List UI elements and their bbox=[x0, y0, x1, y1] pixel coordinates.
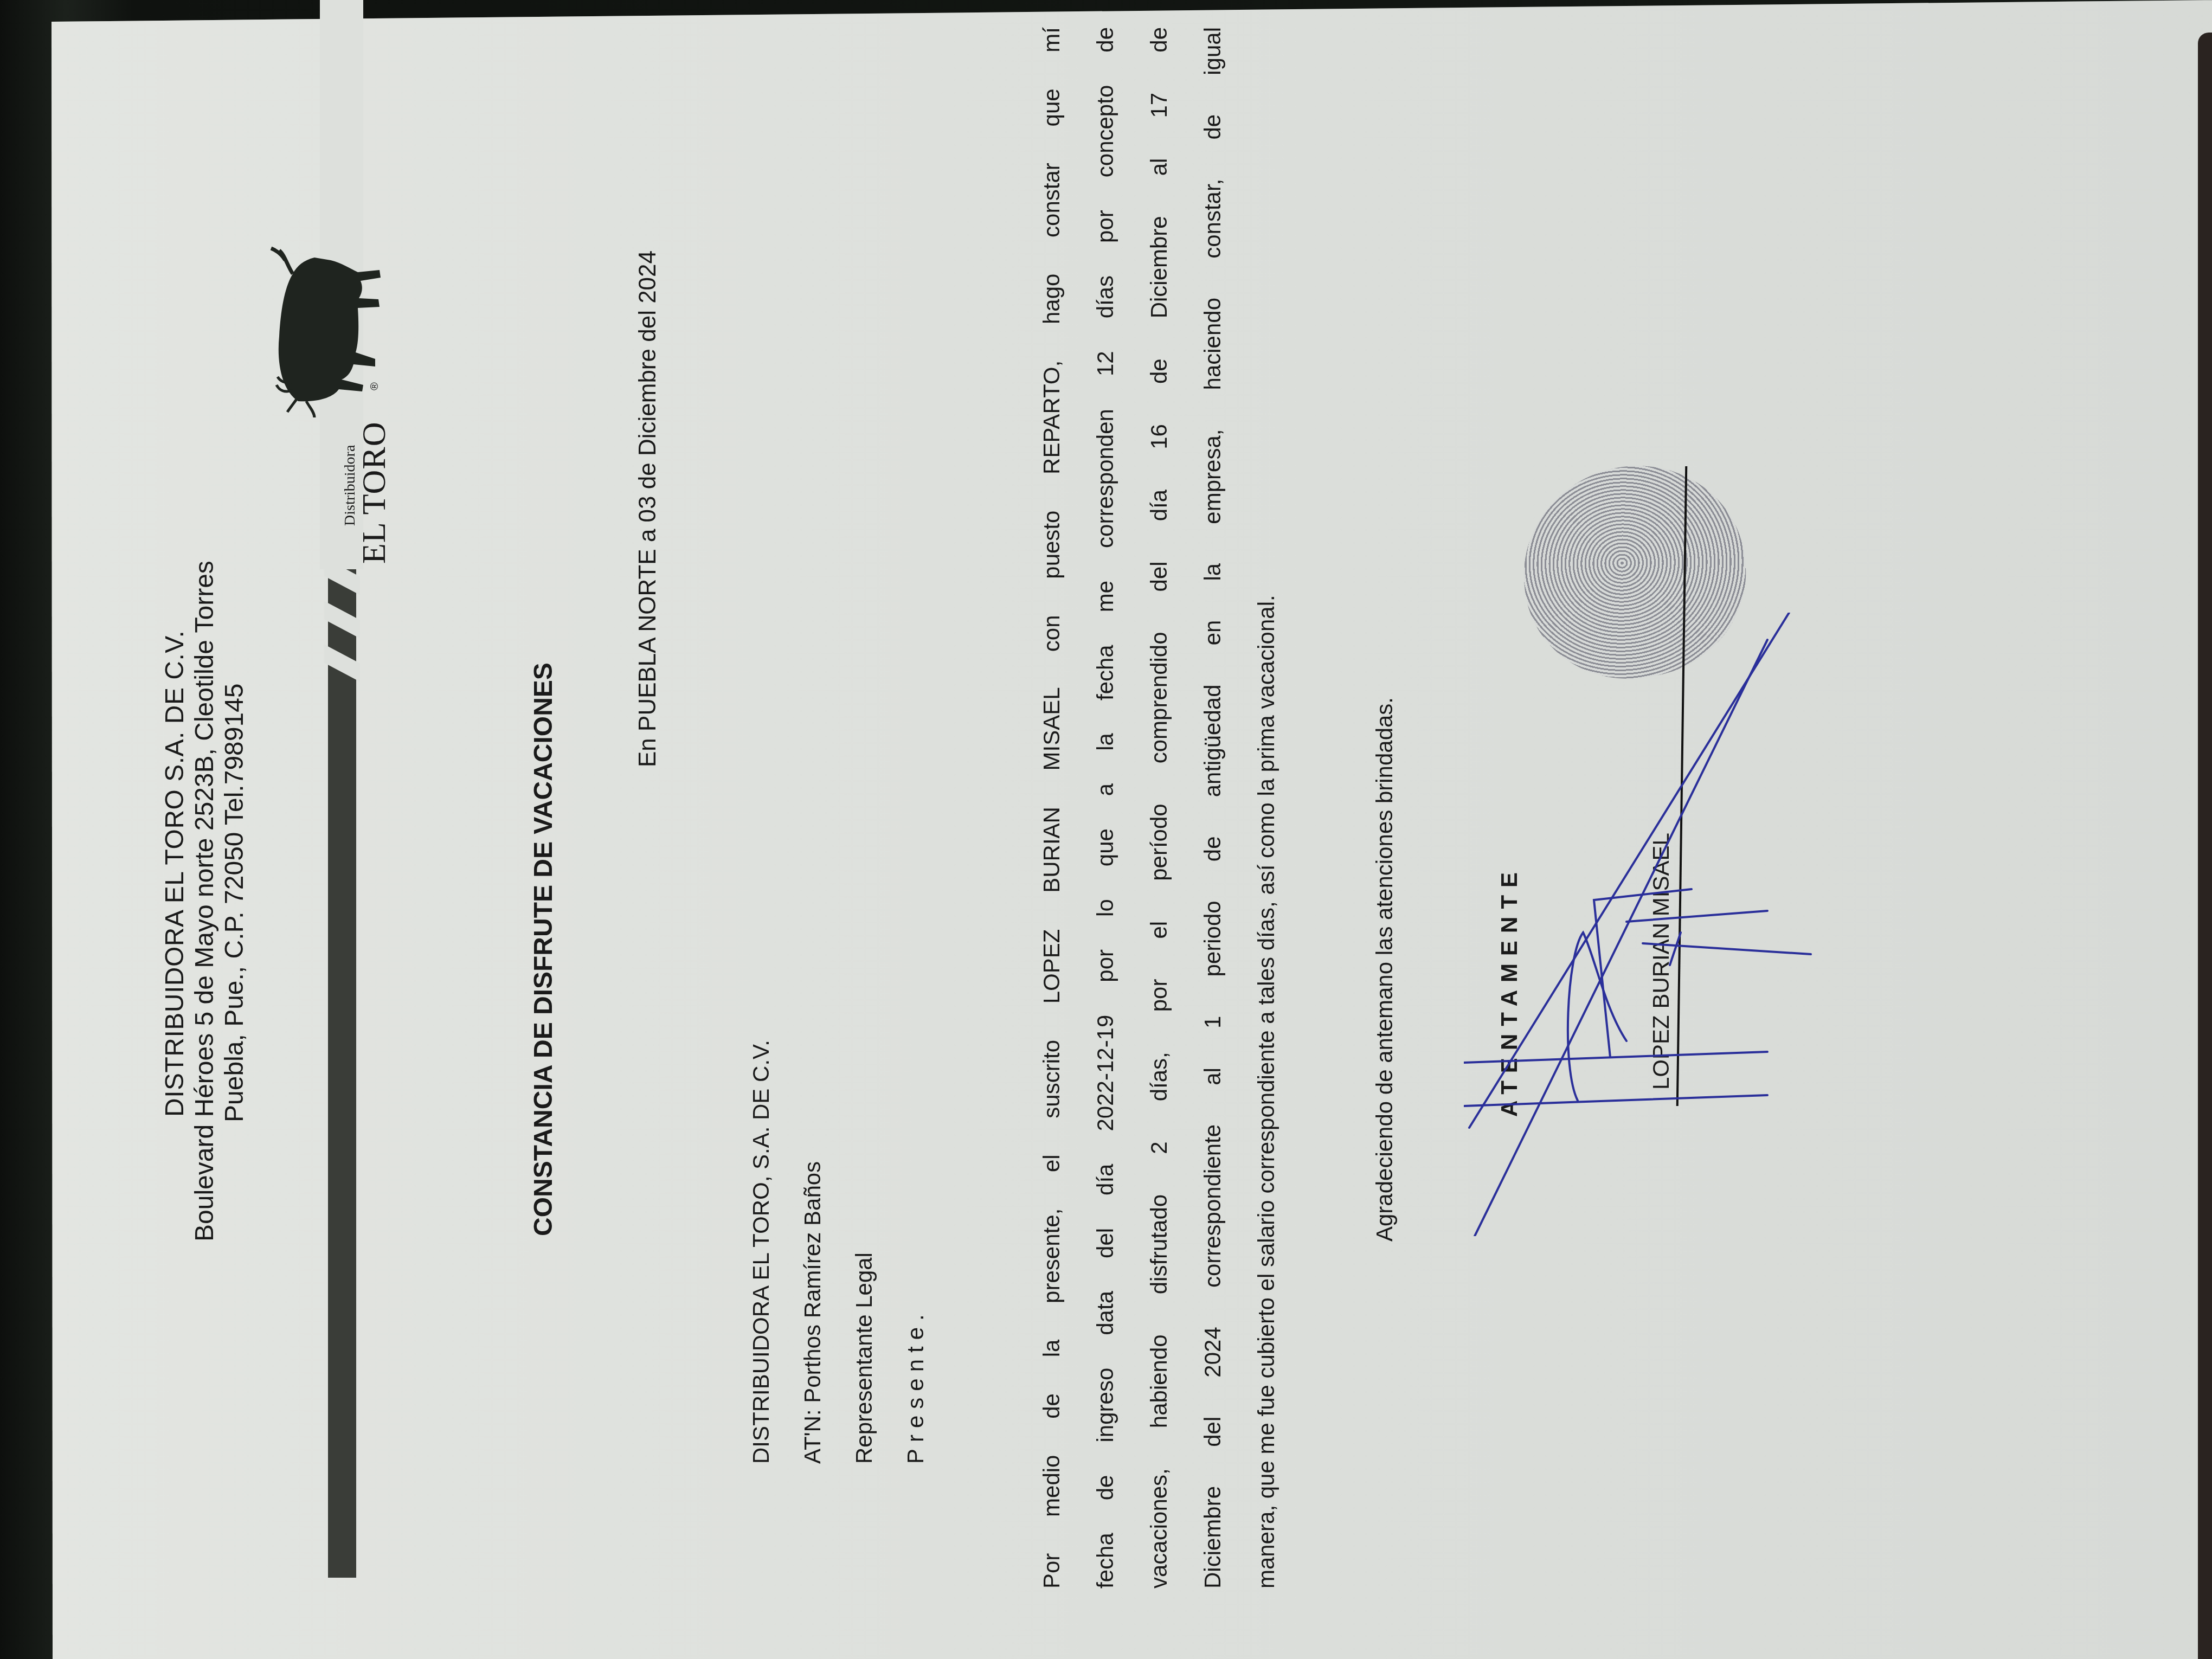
object-edge bbox=[2198, 33, 2212, 1659]
body-line: fecha de ingreso data del día 2022-12-19… bbox=[1078, 27, 1132, 1589]
bull-icon bbox=[233, 244, 390, 423]
recipient-company: DISTRIBUIDORA EL TORO, S.A. DE C.V. bbox=[748, 1040, 774, 1464]
handwritten-signature-icon bbox=[1464, 613, 1843, 1236]
closing-line: Agradeciendo de antemano las atenciones … bbox=[1372, 697, 1398, 1242]
body-line: manera, que me fue cubierto el salario c… bbox=[1239, 27, 1293, 1589]
recipient-attention: AT'N: Porthos Ramírez Baños bbox=[800, 1161, 826, 1464]
logo-main-text: EL TORO bbox=[355, 422, 394, 564]
recipient-role: Representante Legal bbox=[851, 1252, 877, 1464]
body-line: Diciembre del 2024 correspondiente al 1 … bbox=[1186, 27, 1239, 1589]
body-paragraph: Por medio de la presente, el suscrito LO… bbox=[1025, 27, 1293, 1589]
recipient-greeting: Presente. bbox=[903, 1308, 929, 1464]
place-date: En PUEBLA NORTE a 03 de Diciembre del 20… bbox=[634, 250, 661, 767]
body-line: Por medio de la presente, el suscrito LO… bbox=[1025, 27, 1078, 1589]
document-title: CONSTANCIA DE DISFRUTE DE VACACIONES bbox=[529, 663, 558, 1236]
document-page: DISTRIBUIDORA EL TORO S.A. DE C.V. Boule… bbox=[0, 0, 2169, 1659]
body-line: vacaciones, habiendo disfrutado 2 días, … bbox=[1132, 27, 1186, 1589]
company-name: DISTRIBUIDORA EL TORO S.A. DE C.V. bbox=[160, 631, 190, 1117]
company-address-line2: Puebla, Pue., C.P. 72050 Tel.7989145 bbox=[220, 683, 249, 1122]
company-address-line1: Boulevard Héroes 5 de Mayo norte 2523B, … bbox=[190, 561, 220, 1242]
